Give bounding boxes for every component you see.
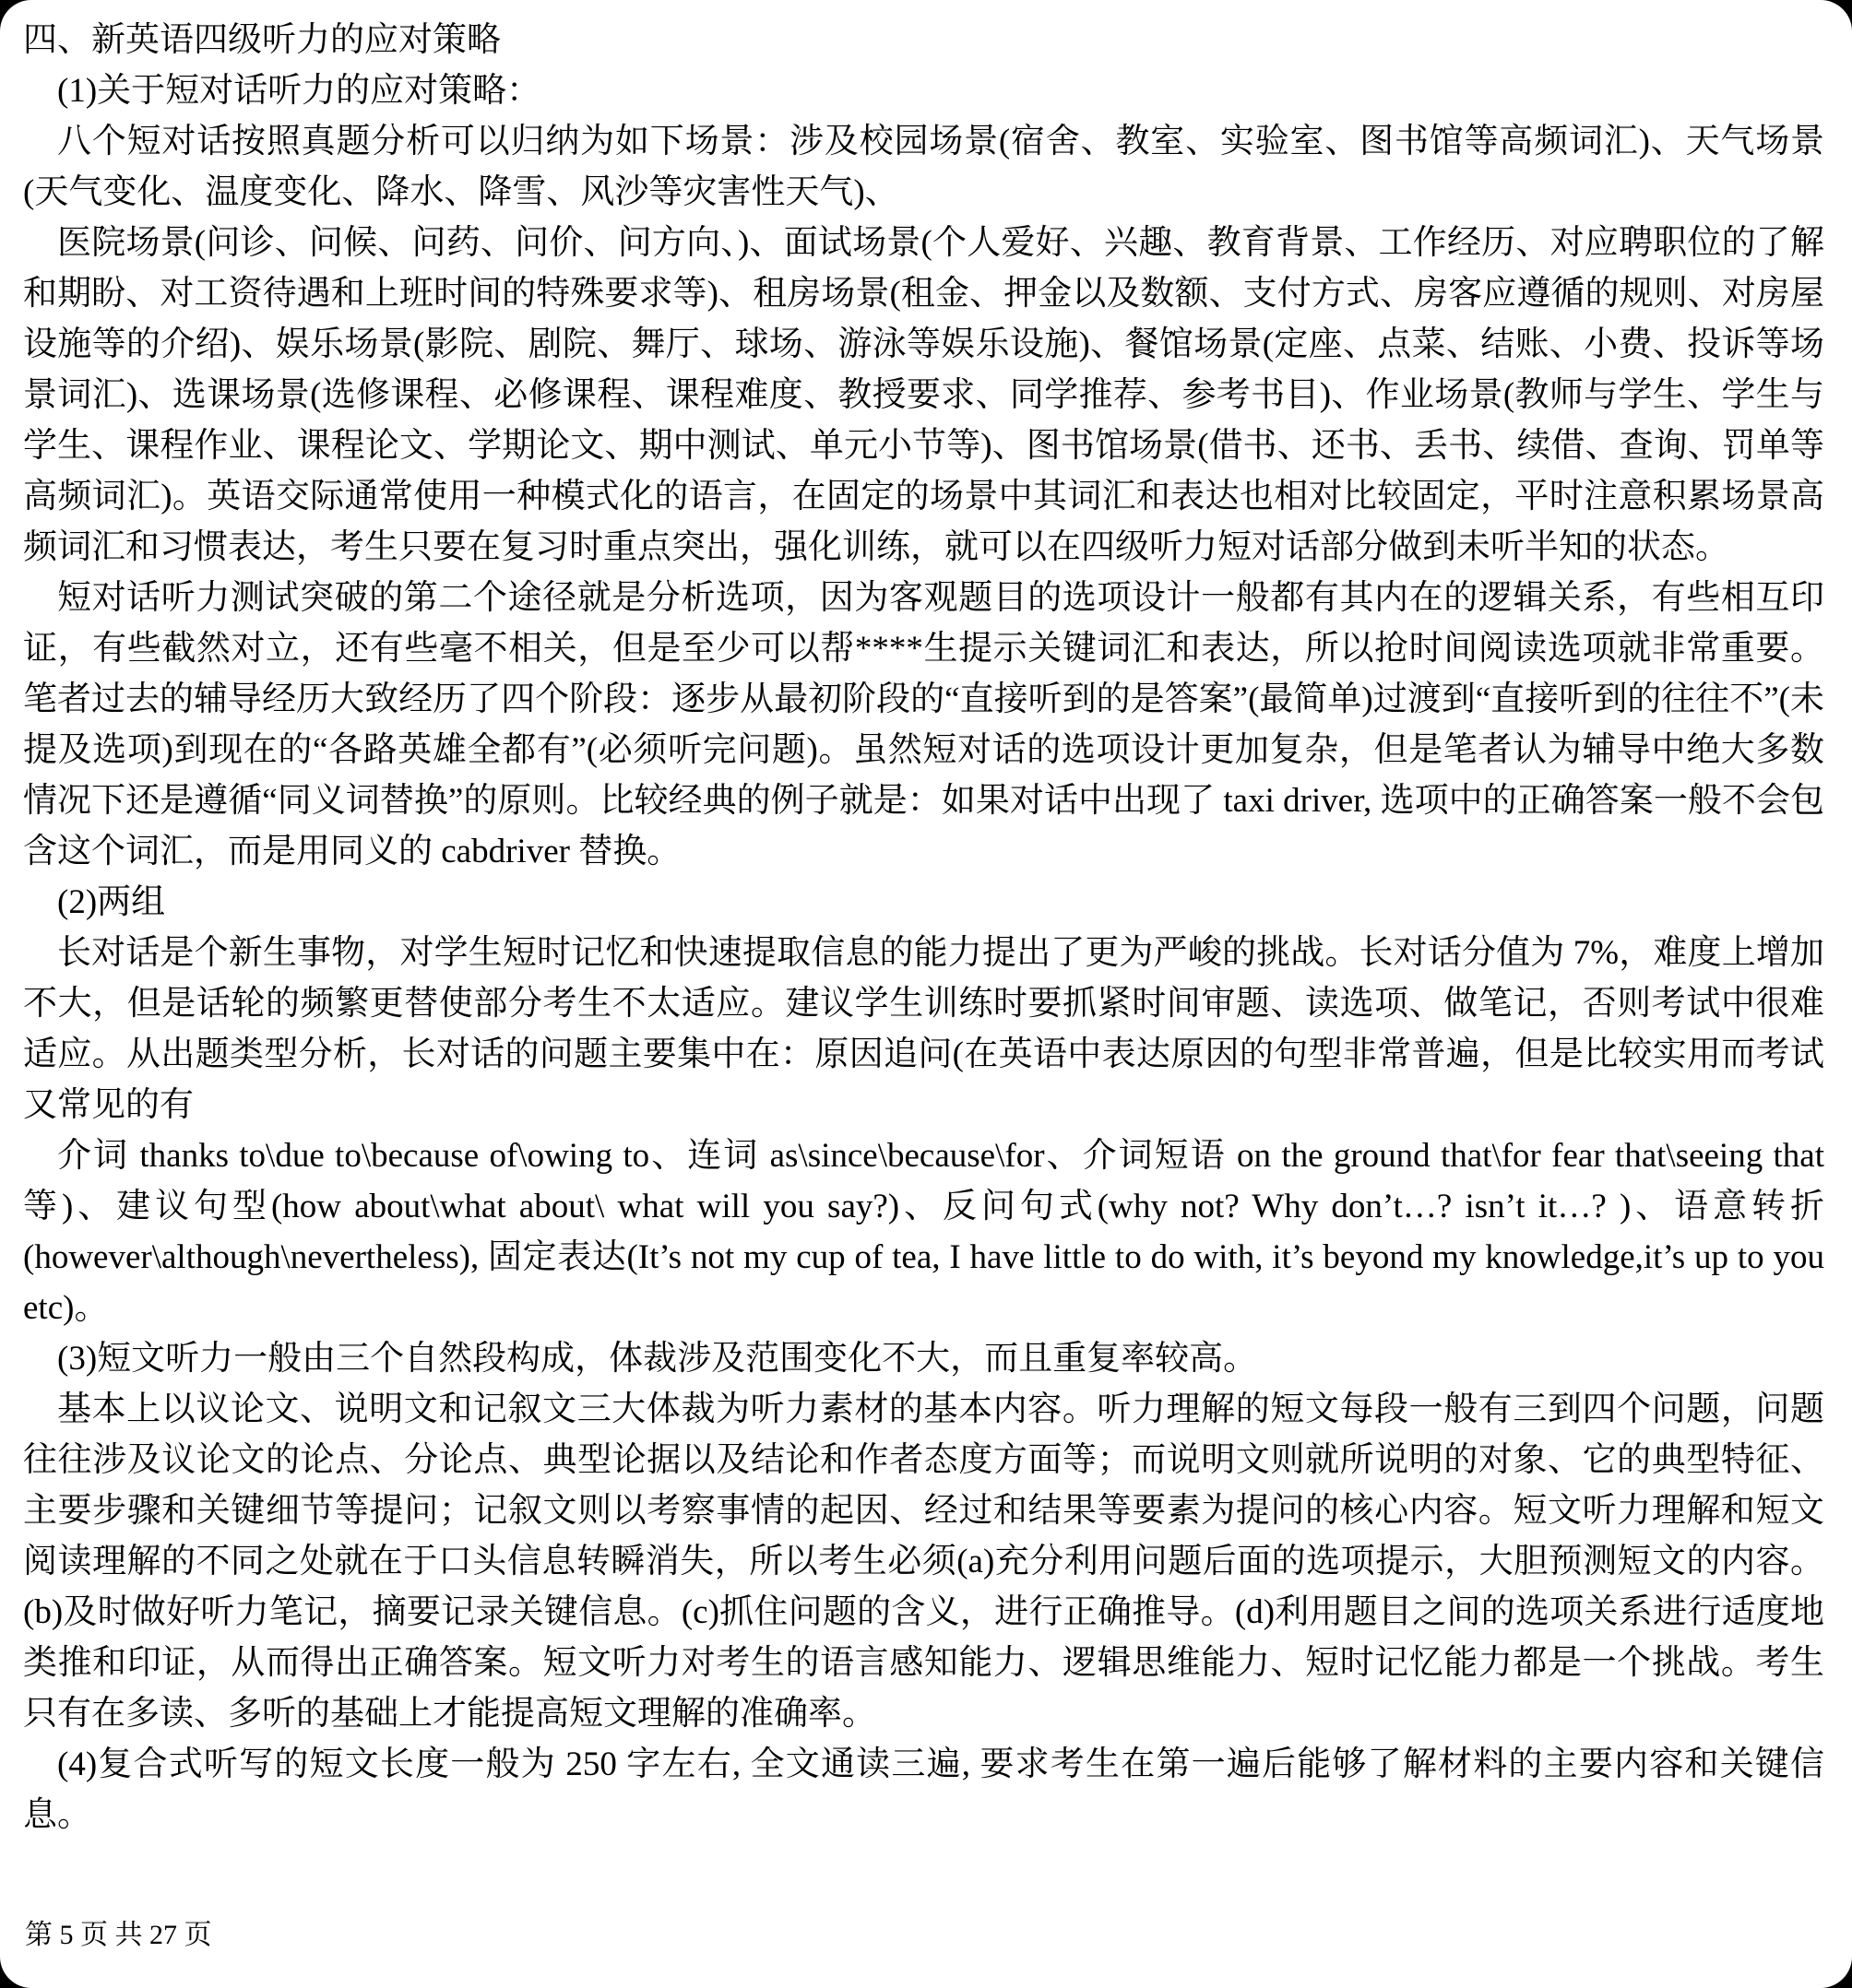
section-heading: 四、新英语四级听力的应对策略: [23, 15, 1824, 65]
paragraph: 医院场景(问诊、问候、问药、问价、问方向、)、面试场景(个人爱好、兴趣、教育背景…: [23, 218, 1824, 573]
paragraph: 介词 thanks to\due to\because of\owing to、…: [23, 1130, 1824, 1333]
paragraph: 八个短对话按照真题分析可以归纳为如下场景：涉及校园场景(宿舍、教室、实验室、图书…: [23, 116, 1824, 218]
paragraph: 基本上以议论文、说明文和记叙文三大体裁为听力素材的基本内容。听力理解的短文每段一…: [23, 1384, 1824, 1739]
subsection-heading-3: (3)短文听力一般由三个自然段构成，体裁涉及范围变化不大，而且重复率较高。: [23, 1333, 1824, 1384]
paragraph: 短对话听力测试突破的第二个途径就是分析选项，因为客观题目的选项设计一般都有其内在…: [23, 573, 1824, 877]
document-body: 四、新英语四级听力的应对策略 (1)关于短对话听力的应对策略： 八个短对话按照真…: [23, 15, 1824, 1840]
paragraph: (4)复合式听写的短文长度一般为 250 字左右, 全文通读三遍, 要求考生在第…: [23, 1739, 1824, 1840]
subsection-heading-1: (1)关于短对话听力的应对策略：: [23, 65, 1824, 116]
page-number-footer: 第 5 页 共 27 页: [25, 1920, 212, 1951]
subsection-heading-2: (2)两组: [23, 877, 1824, 928]
document-page: 四、新英语四级听力的应对策略 (1)关于短对话听力的应对策略： 八个短对话按照真…: [0, 0, 1852, 1988]
paragraph: 长对话是个新生事物，对学生短时记忆和快速提取信息的能力提出了更为严峻的挑战。长对…: [23, 928, 1824, 1130]
